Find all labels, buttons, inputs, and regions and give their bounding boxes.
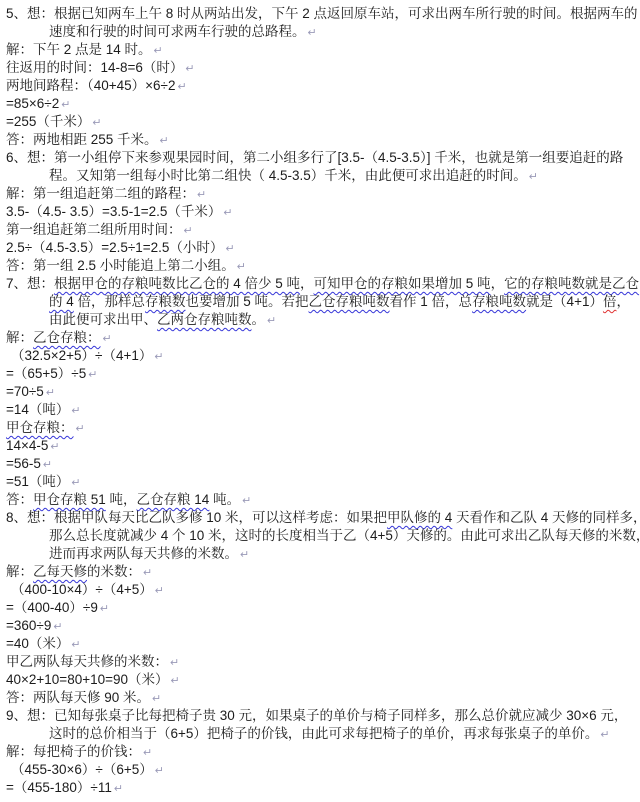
doc-line[interactable]: 5、想：根据已知两车上午 8 时从两站出发，下午 2 点返回原车站，可求出两车所… <box>0 5 640 23</box>
doc-line[interactable]: 40×2+10=80+10=90（米）↵ <box>0 671 640 689</box>
paragraph-mark-icon: ↵ <box>50 441 59 453</box>
paragraph-mark-icon: ↵ <box>225 243 234 255</box>
doc-line[interactable]: =255（千米）↵ <box>0 113 640 131</box>
text-run: 这时的总价相当于（6+5）把椅子的价钱，由此可求每把椅子的单价，再求每张桌子的单… <box>49 726 598 741</box>
doc-line[interactable]: 程。又知第一组每小时比第二组快（ 4.5-3.5）千米，由此便可求出追赶的时间。… <box>0 167 640 185</box>
text-run: =（455-180）÷11 <box>6 780 112 795</box>
text-run: ， <box>491 276 505 291</box>
paragraph-mark-icon: ↵ <box>43 459 52 471</box>
text-run: 程。又知第一组每小时比第二组快（ 4.5-3.5）千米，由此便可求出追赶的时间。 <box>49 168 527 183</box>
text-run: 6、想：第一小组停下来参观果园时间，第二小组多行了[3.5-（4.5-3.5）]… <box>6 150 623 165</box>
spellcheck-underlined-text: 甲仓存粮 51 <box>33 492 106 507</box>
doc-line[interactable]: =（400-40）÷9↵ <box>0 599 640 617</box>
paragraph-mark-icon: ↵ <box>529 171 538 183</box>
spellcheck-underlined-text: 甲队修的 4 <box>387 510 452 525</box>
paragraph-mark-icon: ↵ <box>71 477 80 489</box>
spellcheck-underlined-text: 乙仓存粮 14 <box>137 492 210 507</box>
doc-line[interactable]: 这时的总价相当于（6+5）把椅子的价钱，由此可求每把椅子的单价，再求每张桌子的单… <box>0 725 640 743</box>
text-run: 倍，那样总 <box>74 294 145 309</box>
paragraph-mark-icon: ↵ <box>197 189 206 201</box>
text-run: 那么总长度就减少 4 个 10 米，这时的长度相当于乙（4+5）天修的。由此可求… <box>49 528 640 543</box>
text-run: 解：下午 2 点是 14 时。 <box>6 42 152 57</box>
text-run: 解： <box>6 330 33 345</box>
text-run: 。 <box>252 312 266 327</box>
doc-line[interactable]: =14（吨）↵ <box>0 401 640 419</box>
paragraph-mark-icon: ↵ <box>600 729 609 741</box>
text-run: 看作 1 倍，总 <box>390 294 473 309</box>
text-run: 5、想：根据已知两车上午 8 时从两站出发，下午 2 点返回原车站，可求出两车所… <box>6 6 638 21</box>
doc-line[interactable]: =51（吨）↵ <box>0 473 640 491</box>
doc-line[interactable]: 答：第一组 2.5 小时能追上第二小组。↵ <box>0 257 640 275</box>
text-run: 答：第一组 2.5 小时能追上第二小组。 <box>6 258 235 273</box>
text-run: =51（吨） <box>6 474 69 489</box>
paragraph-mark-icon: ↵ <box>185 63 194 75</box>
text-run: 两地间路程：（40+45）×6÷2 <box>6 78 175 93</box>
paragraph-mark-icon: ↵ <box>103 333 112 345</box>
doc-line[interactable]: 9、想：已知每张桌子比每把椅子贵 30 元，如果桌子的单价与椅子同样多，那么总价… <box>0 707 640 725</box>
doc-line[interactable]: 解：乙每天修的米数：↵ <box>0 563 640 581</box>
doc-line[interactable]: 的 4 倍，那样总存粮数也要增加 5 吨。若把乙仓存粮吨数看作 1 倍，总存粮吨… <box>0 293 640 311</box>
spellcheck-underlined-text: 的 4 <box>49 294 74 309</box>
paragraph-mark-icon: ↵ <box>267 315 276 327</box>
document-body: { "document": { "background": "#ffffff",… <box>0 0 640 802</box>
paragraph-mark-icon: ↵ <box>154 351 163 363</box>
spellcheck-underlined-text: 甲仓存粮： <box>6 420 74 435</box>
spellcheck-underlined-text: 根据甲仓的存粮吨数比乙仓的 4 倍少 5 吨 <box>54 276 300 291</box>
doc-line[interactable]: 答：两队每天修 90 米。↵ <box>0 689 640 707</box>
document-page: 5、想：根据已知两车上午 8 时从两站出发，下午 2 点返回原车站，可求出两车所… <box>0 0 640 802</box>
text-run: =255（千米） <box>6 114 90 129</box>
text-run: 甲乙两队每天共修的米数： <box>6 654 168 669</box>
text-run: 答：两地相距 255 千米。 <box>6 132 158 147</box>
paragraph-mark-icon: ↵ <box>152 693 161 705</box>
spellcheck-underlined-text: 乙仓存粮： <box>33 330 101 345</box>
text-run: =（65+5）÷5 <box>6 366 86 381</box>
spellcheck-underlined-text: 乙两仓存粮吨数 <box>157 312 252 327</box>
doc-line[interactable]: 进而再求两队每天共修的米数。↵ <box>0 545 640 563</box>
spellcheck-underlined-text: 倍 <box>603 294 617 309</box>
paragraph-mark-icon: ↵ <box>223 207 232 219</box>
spellcheck-underlined-text: 乙仓存粮吨数 <box>309 294 390 309</box>
text-run: 答：两队每天修 90 米。 <box>6 690 150 705</box>
doc-line[interactable]: 答：两地相距 255 千米。↵ <box>0 131 640 149</box>
text-run: 解： <box>6 564 33 579</box>
text-run: 40×2+10=80+10=90（米） <box>6 672 169 687</box>
paragraph-mark-icon: ↵ <box>114 783 123 795</box>
doc-line[interactable]: =360÷9↵ <box>0 617 640 635</box>
text-run: 进而再求两队每天共修的米数。 <box>49 546 238 561</box>
text-run: 天看作和乙队 4 天修的同样多， <box>452 510 640 525</box>
doc-line[interactable]: 由此便可求出甲、乙两仓存粮吨数。↵ <box>0 311 640 329</box>
text-run: 吨， <box>106 492 137 507</box>
text-run: =85×6÷2 <box>6 96 59 111</box>
spellcheck-underlined-text: 可知甲仓的存粮如果增加 5 吨 <box>314 276 491 291</box>
paragraph-mark-icon: ↵ <box>155 765 164 777</box>
paragraph-mark-icon: ↵ <box>61 99 70 111</box>
text-run: 速度和行驶的时间可求两车行驶的总路程。 <box>49 24 306 39</box>
doc-line[interactable]: =（455-180）÷11↵ <box>0 779 640 797</box>
text-run: （32.5×2+5）÷（4+1） <box>11 348 152 363</box>
paragraph-mark-icon: ↵ <box>308 27 317 39</box>
paragraph-mark-icon: ↵ <box>46 387 55 399</box>
paragraph-mark-icon: ↵ <box>177 81 186 93</box>
text-run: 解：第一组追赶第二组的路程： <box>6 186 195 201</box>
text-run: 往返用的时间：14-8=6（时） <box>6 60 183 75</box>
doc-line[interactable]: =56-5↵ <box>0 455 640 473</box>
doc-line[interactable]: 那么总长度就减少 4 个 10 米，这时的长度相当于乙（4+5）天修的。由此可求… <box>0 527 640 545</box>
doc-line[interactable]: （32.5×2+5）÷（4+1）↵ <box>0 347 640 365</box>
doc-line[interactable]: 解：下午 2 点是 14 时。↵ <box>0 41 640 59</box>
paragraph-mark-icon: ↵ <box>155 585 164 597</box>
text-run: 7、想： <box>6 276 54 291</box>
text-run: 的米数： <box>87 564 141 579</box>
paragraph-mark-icon: ↵ <box>92 117 101 129</box>
paragraph-mark-icon: ↵ <box>184 225 193 237</box>
text-run: ， <box>300 276 314 291</box>
paragraph-mark-icon: ↵ <box>100 603 109 615</box>
text-run: （400-10×4）÷（4+5） <box>11 582 153 597</box>
doc-line[interactable]: 答：甲仓存粮 51 吨，乙仓存粮 14 吨。↵ <box>0 491 640 509</box>
paragraph-mark-icon: ↵ <box>242 495 251 507</box>
text-run: 就是（4+1） <box>526 294 603 309</box>
text-run: 吨。 <box>209 492 240 507</box>
doc-line[interactable]: 甲仓存粮：↵ <box>0 419 640 437</box>
doc-line[interactable]: =85×6÷2↵ <box>0 95 640 113</box>
text-run: ， <box>616 294 630 309</box>
doc-line[interactable]: 往返用的时间：14-8=6（时）↵ <box>0 59 640 77</box>
doc-line[interactable]: =40（米）↵ <box>0 635 640 653</box>
spellcheck-underlined-text: 存粮数 <box>145 294 186 309</box>
doc-line[interactable]: 7、想：根据甲仓的存粮吨数比乙仓的 4 倍少 5 吨，可知甲仓的存粮如果增加 5… <box>0 275 640 293</box>
paragraph-mark-icon: ↵ <box>160 135 169 147</box>
text-run: 第一组追赶第二组所用时间： <box>6 222 182 237</box>
paragraph-mark-icon: ↵ <box>170 657 179 669</box>
doc-line[interactable]: =（65+5）÷5↵ <box>0 365 640 383</box>
doc-line[interactable]: 解：第一组追赶第二组的路程：↵ <box>0 185 640 203</box>
paragraph-mark-icon: ↵ <box>143 747 152 759</box>
doc-line[interactable]: 甲乙两队每天共修的米数：↵ <box>0 653 640 671</box>
text-run: 9、想：已知每张桌子比每把椅子贵 30 元，如果桌子的单价与椅子同样多，那么总价… <box>6 708 627 723</box>
doc-line[interactable]: 6、想：第一小组停下来参观果园时间，第二小组多行了[3.5-（4.5-3.5）]… <box>0 149 640 167</box>
doc-line[interactable]: 8、想：根据甲队每天比乙队多修 10 米，可以这样考虑：如果把甲队修的 4 天看… <box>0 509 640 527</box>
text-run: =70÷5 <box>6 384 44 399</box>
doc-line[interactable]: =70÷5↵ <box>0 383 640 401</box>
paragraph-mark-icon: ↵ <box>237 261 246 273</box>
doc-line[interactable]: （400-10×4）÷（4+5）↵ <box>0 581 640 599</box>
text-run: （455-30×6）÷（6+5） <box>11 762 153 777</box>
text-run: 答： <box>6 492 33 507</box>
doc-line[interactable]: 两地间路程：（40+45）×6÷2↵ <box>0 77 640 95</box>
paragraph-mark-icon: ↵ <box>88 369 97 381</box>
document-content[interactable]: 5、想：根据已知两车上午 8 时从两站出发，下午 2 点返回原车站，可求出两车所… <box>0 0 640 797</box>
text-run: 2.5÷（4.5-3.5）=2.5÷1=2.5（小时） <box>6 240 223 255</box>
text-run: 3.5-（4.5- 3.5）=3.5-1=2.5（千米） <box>6 204 221 219</box>
paragraph-mark-icon: ↵ <box>71 639 80 651</box>
paragraph-mark-icon: ↵ <box>76 423 85 435</box>
text-run: =40（米） <box>6 636 69 651</box>
doc-line[interactable]: 2.5÷（4.5-3.5）=2.5÷1=2.5（小时）↵ <box>0 239 640 257</box>
paragraph-mark-icon: ↵ <box>240 549 249 561</box>
text-run: =360÷9 <box>6 618 51 633</box>
text-run: 14×4-5 <box>6 438 48 453</box>
doc-line[interactable]: 解：乙仓存粮：↵ <box>0 329 640 347</box>
text-run: 由此便可求出甲、 <box>49 312 157 327</box>
doc-line[interactable]: 3.5-（4.5- 3.5）=3.5-1=2.5（千米）↵ <box>0 203 640 221</box>
paragraph-mark-icon: ↵ <box>154 45 163 57</box>
spellcheck-underlined-text: 它的存粮吨数就是乙仓 <box>504 276 639 291</box>
text-run: 解：每把椅子的价钱： <box>6 744 141 759</box>
text-run: =56-5 <box>6 456 41 471</box>
spellcheck-underlined-text: 乙每天修 <box>33 564 87 579</box>
text-run: =14（吨） <box>6 402 69 417</box>
spellcheck-underlined-text: 存粮吨数 <box>472 294 526 309</box>
paragraph-mark-icon: ↵ <box>71 405 80 417</box>
text-run: 也要增加 5 吨。若把 <box>186 294 309 309</box>
paragraph-mark-icon: ↵ <box>53 621 62 633</box>
doc-line[interactable]: 解：每把椅子的价钱：↵ <box>0 743 640 761</box>
doc-line[interactable]: 14×4-5↵ <box>0 437 640 455</box>
text-run: 8、想：根据甲队每天比乙队多修 10 米，可以这样考虑：如果把 <box>6 510 387 525</box>
doc-line[interactable]: 第一组追赶第二组所用时间：↵ <box>0 221 640 239</box>
text-run: =（400-40）÷9 <box>6 600 98 615</box>
doc-line[interactable]: （455-30×6）÷（6+5）↵ <box>0 761 640 779</box>
doc-line[interactable]: 速度和行驶的时间可求两车行驶的总路程。↵ <box>0 23 640 41</box>
paragraph-mark-icon: ↵ <box>143 567 152 579</box>
paragraph-mark-icon: ↵ <box>171 675 180 687</box>
